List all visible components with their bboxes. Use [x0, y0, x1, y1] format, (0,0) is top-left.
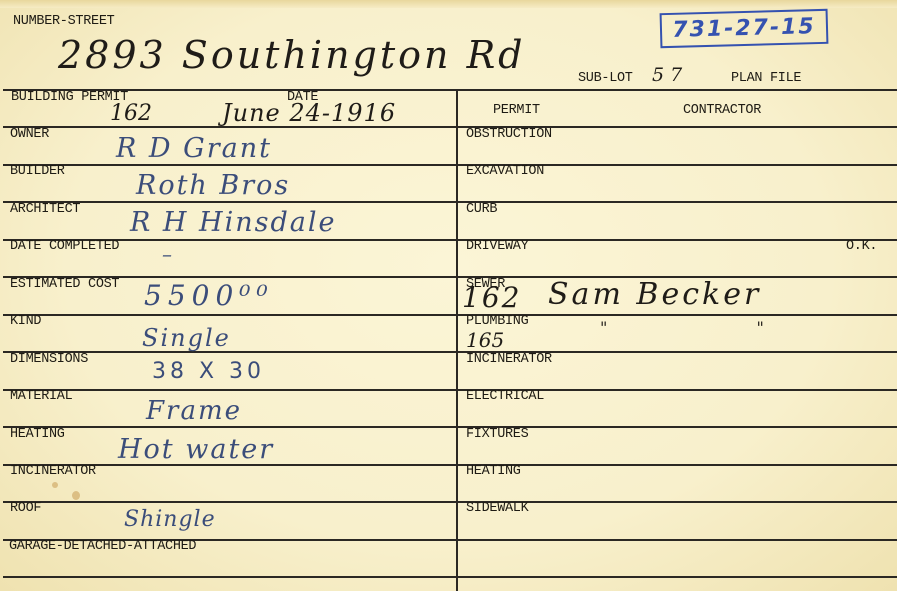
rule-line: [3, 426, 897, 428]
building-permit-value: 162: [110, 103, 152, 125]
rule-line: [3, 239, 897, 241]
curb-label: CURB: [466, 203, 497, 217]
plumbing-contractor-ditto: " ": [600, 320, 836, 336]
estimated-cost-label: ESTIMATED COST: [10, 278, 119, 292]
plumbing-permit-value: 165: [466, 330, 504, 350]
plan-file-label: PLAN FILE: [731, 72, 801, 86]
rule-line: [3, 576, 897, 578]
driveway-label: DRIVEWAY: [466, 240, 528, 254]
owner-value: R D Grant: [116, 135, 272, 162]
stain-mark: [72, 491, 80, 500]
permit-column-header: PERMIT: [493, 104, 540, 118]
rule-line: [3, 276, 897, 278]
dimensions-value: 38 X 30: [152, 361, 265, 383]
date-completed-value: –: [162, 244, 172, 264]
heating-permit-label: HEATING: [466, 465, 521, 479]
owner-label: OWNER: [10, 128, 49, 142]
obstruction-label: OBSTRUCTION: [466, 128, 552, 142]
rule-line: [3, 201, 897, 203]
driveway-note: O.K.: [846, 240, 877, 254]
incinerator-label: INCINERATOR: [10, 465, 96, 479]
sidewalk-label: SIDEWALK: [466, 502, 528, 516]
sub-lot-label: SUB-LOT: [578, 72, 633, 86]
material-label: MATERIAL: [10, 390, 72, 404]
column-divider: [456, 89, 458, 591]
stain-mark: [52, 482, 58, 488]
file-number-stamp: 731-27-15: [660, 9, 829, 48]
date-completed-label: DATE COMPLETED: [10, 240, 119, 254]
rule-line: [3, 351, 897, 353]
architect-value: R H Hinsdale: [130, 209, 336, 236]
kind-value: Single: [142, 326, 231, 350]
date-value: June 24-1916: [222, 101, 396, 125]
roof-label: ROOF: [10, 502, 41, 516]
number-street-label: NUMBER-STREET: [13, 15, 114, 29]
rule-line: [3, 501, 897, 503]
building-permit-card: 731-27-15 NUMBER-STREET 2893 Southington…: [0, 0, 897, 591]
rule-line: [3, 314, 897, 316]
garage-label: GARAGE-DETACHED-ATTACHED: [9, 540, 196, 554]
rule-line: [3, 126, 897, 128]
plumbing-label: PLUMBING: [466, 315, 528, 329]
rule-line: [3, 89, 897, 91]
fixtures-label: FIXTURES: [466, 428, 528, 442]
address-value: 2893 Southington Rd: [58, 36, 526, 74]
estimated-cost-value: 5500⁰⁰: [144, 282, 274, 310]
electrical-label: ELECTRICAL: [466, 390, 544, 404]
heating-value: Hot water: [118, 436, 274, 463]
material-value: Frame: [146, 398, 242, 424]
sub-lot-value: 57: [652, 66, 688, 85]
heating-label: HEATING: [10, 428, 65, 442]
rule-line: [3, 164, 897, 166]
sewer-permit-value: 162: [462, 284, 521, 312]
architect-label: ARCHITECT: [10, 203, 80, 217]
builder-value: Roth Bros: [136, 172, 290, 199]
kind-label: KIND: [10, 315, 41, 329]
contractor-column-header: CONTRACTOR: [683, 104, 761, 118]
roof-value: Shingle: [124, 509, 216, 531]
rule-line: [3, 389, 897, 391]
card-top-edge: [0, 0, 897, 8]
builder-label: BUILDER: [10, 165, 65, 179]
sewer-contractor-value: Sam Becker: [548, 280, 761, 310]
dimensions-label: DIMENSIONS: [10, 353, 88, 367]
excavation-label: EXCAVATION: [466, 165, 544, 179]
incinerator-permit-label: INCINERATOR: [466, 353, 552, 367]
